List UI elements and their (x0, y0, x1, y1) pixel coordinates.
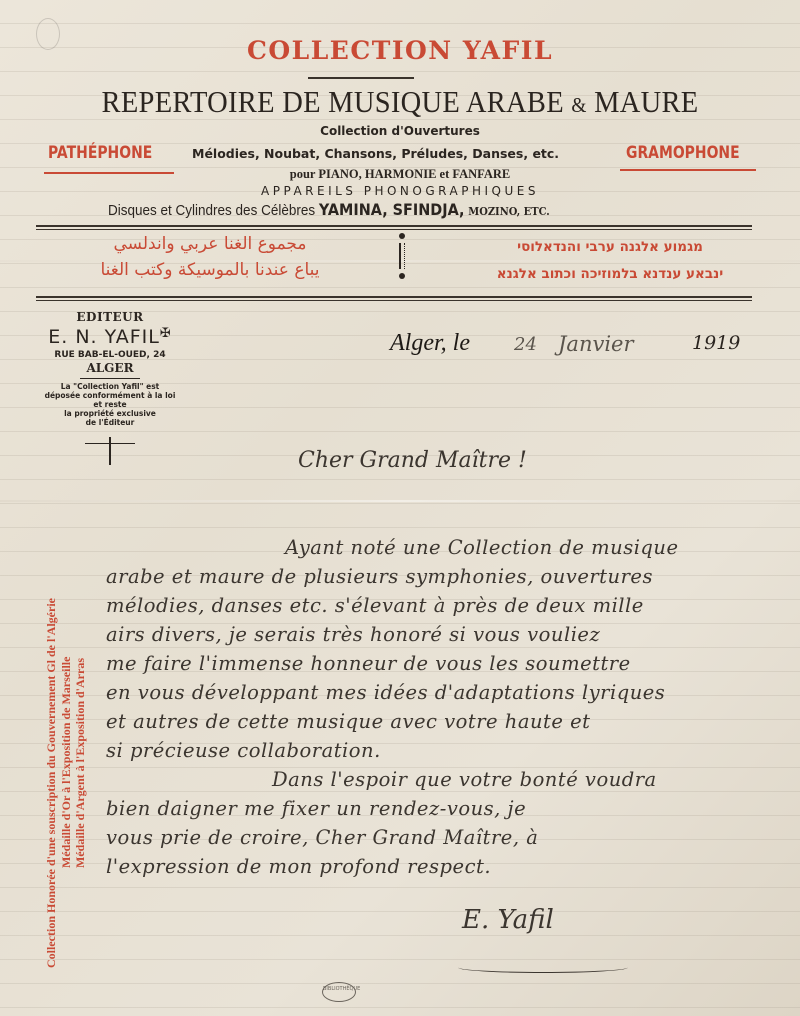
side-medal-line-3: Médaille d'Argent à l'Exposition d'Arras (73, 658, 88, 868)
hebrew-line-2: ינבאע ענדנא בלמוזיכה וכתוב אלגנא (420, 266, 800, 282)
ornament-rule (80, 378, 140, 379)
pathephone-label: PATHÉPHONE (48, 143, 152, 163)
body-line: vous prie de croire, Cher Grand Maître, … (106, 826, 538, 849)
lower-double-rule (36, 296, 752, 301)
body-line: me faire l'immense honneur de vous les s… (106, 652, 631, 675)
date-year: 1919 (692, 332, 740, 354)
editeur-legal-note: La "Collection Yafil" est déposée confor… (30, 382, 190, 427)
disques-artists: YAMINA, SFINDJA, (319, 200, 465, 219)
editeur-address: RUE BAB-EL-OUED, 24 (30, 350, 190, 360)
body-line: bien daigner me fixer un rendez-vous, je (106, 797, 526, 820)
collection-title: COLLECTION YAFIL (0, 36, 800, 65)
signature: E. Yafil (462, 905, 554, 935)
note-line: et reste (30, 400, 190, 409)
appareils-line: APPAREILS PHONOGRAPHIQUES (0, 184, 800, 198)
note-line: la propriété exclusive (30, 409, 190, 418)
gramophone-label: GRAMOPHONE (626, 143, 740, 163)
maltese-cross-icon: ✠ (160, 326, 172, 341)
body-line: arabe et maure de plusieurs symphonies, … (106, 565, 653, 588)
date-month: Janvier (558, 332, 634, 356)
place-prefix: Alger, le (390, 330, 470, 357)
disques-line: Disques et Cylindres des Célèbres YAMINA… (108, 200, 550, 219)
date-line: Alger, le 24 Janvier 1919 (390, 330, 790, 370)
disques-suffix: MOZINO, ETC. (468, 205, 549, 218)
note-line: de l'Éditeur (30, 418, 190, 427)
paper-fold-horizontal (0, 500, 800, 502)
genres-line: Mélodies, Noubat, Chansons, Préludes, Da… (192, 146, 559, 161)
hebrew-line-1: מגמוע אלגנה ערבי והנדאלוסי (420, 239, 800, 255)
note-line: déposée conformément à la loi (30, 391, 190, 400)
body-line: airs divers, je serais très honoré si vo… (106, 623, 600, 646)
side-medal-line-1: Collection Honorée d'une souscription du… (44, 598, 59, 968)
editeur-block: EDITEUR E. N. YAFIL✠ RUE BAB-EL-OUED, 24… (30, 310, 190, 465)
upper-double-rule (36, 225, 752, 230)
note-line: La "Collection Yafil" est (30, 382, 190, 391)
editeur-label: EDITEUR (30, 310, 190, 324)
repertoire-main: REPERTOIRE DE MUSIQUE ARABE (102, 84, 564, 119)
title-rule (308, 77, 414, 79)
repertoire-ampersand: & (571, 93, 586, 117)
body-line: Dans l'espoir que votre bonté voudra (272, 768, 657, 791)
repertoire-heading: REPERTOIRE DE MUSIQUE ARABE & MAURE (32, 84, 768, 120)
body-line: mélodies, danses etc. s'élevant à près d… (106, 594, 644, 617)
arabic-line-1: مجموع الغنا عربي واندلسي (40, 234, 380, 254)
collection-ouvertures: Collection d'Ouvertures (0, 124, 800, 138)
body-line: si précieuse collaboration. (106, 739, 381, 762)
editeur-city: ALGER (30, 361, 190, 375)
editeur-name: E. N. YAFIL✠ (30, 326, 190, 348)
editeur-name-text: E. N. YAFIL (48, 326, 160, 348)
body-line: l'expression de mon profond respect. (106, 855, 491, 878)
salutation: Cher Grand Maître ! (298, 448, 527, 473)
date-day: 24 (514, 334, 537, 355)
signature-flourish (458, 962, 628, 973)
library-stamp: BIBLIOTHÈQUE (322, 982, 356, 1002)
body-line: en vous développant mes idées d'adaptati… (106, 681, 665, 704)
side-medal-line-2: Médaille d'Or à l'Exposition de Marseill… (59, 657, 74, 868)
body-line: Ayant noté une Collection de musique (285, 536, 679, 559)
instruments-line: pour PIANO, HARMONIE et FANFARE (0, 167, 800, 182)
center-ornament-icon (395, 233, 409, 279)
arabic-line-2: يباع عندنا بالموسيكة وكتب الغنا (40, 260, 380, 280)
repertoire-end: MAURE (594, 84, 698, 119)
cross-ornament-icon (85, 437, 135, 465)
disques-prefix: Disques et Cylindres des Célèbres (108, 202, 315, 219)
body-line: et autres de cette musique avec votre ha… (106, 710, 590, 733)
